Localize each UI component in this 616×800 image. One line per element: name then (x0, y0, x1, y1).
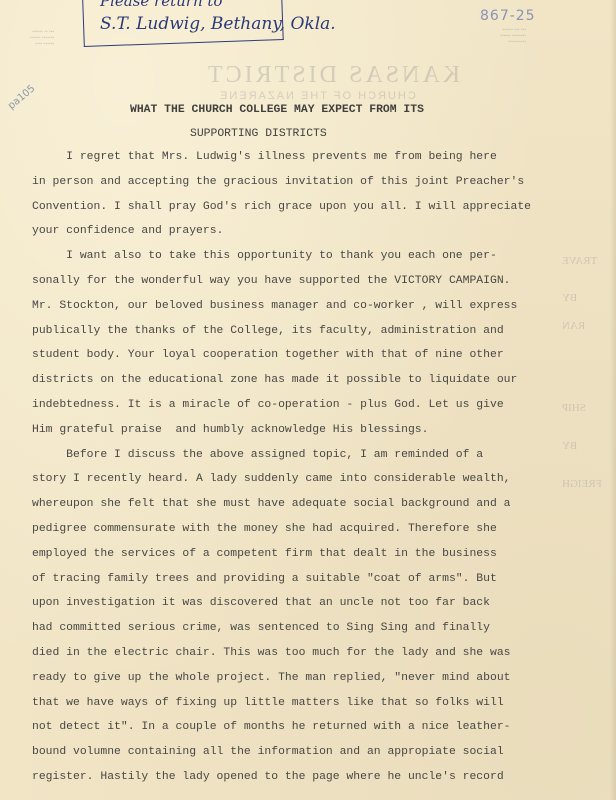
body-line: sonally for the wonderful way you have s… (32, 269, 592, 294)
handwritten-note-line: S.T. Ludwig, Bethany, Okla. (100, 14, 340, 34)
body-line: of tracing family trees and providing a … (32, 567, 592, 592)
body-line: publically the thanks of the College, it… (32, 319, 592, 344)
body-line: indebtedness. It is a miracle of co-oper… (32, 393, 592, 418)
body-line: whereupon she felt that she must have ad… (32, 492, 592, 517)
body-line: your confidence and prayers. (32, 219, 592, 244)
body-line: story I recently heard. A lady suddenly … (32, 467, 592, 492)
page-edge-shadow (610, 0, 616, 800)
letterhead-organization: KANSAS DISTRICT (205, 62, 460, 89)
document-title: WHAT THE CHURCH COLLEGE MAY EXPECT FROM … (130, 104, 424, 116)
body-line: Mr. Stockton, our beloved business manag… (32, 294, 592, 319)
body-line: student body. Your loyal cooperation tog… (32, 343, 592, 368)
body-line: pedigree commensurate with the money she… (32, 517, 592, 542)
body-line: upon investigation it was discovered tha… (32, 591, 592, 616)
letterhead-subtitle: CHURCH OF THE NAZARENE (218, 90, 416, 102)
document-subtitle: SUPPORTING DISTRICTS (190, 128, 327, 140)
body-line: that we have ways of fixing up little ma… (32, 691, 592, 716)
body-line: districts on the educational zone has ma… (32, 368, 592, 393)
body-line: had committed serious crime, was sentenc… (32, 616, 592, 641)
body-line: register. Hastily the lady opened to the… (32, 765, 592, 790)
body-line: Him grateful praise and humbly acknowled… (32, 418, 592, 443)
body-line: Convention. I shall pray God's rich grac… (32, 195, 592, 220)
body-line: in person and accepting the gracious inv… (32, 170, 592, 195)
letterhead-right-address: ▪▪▪ ▪▪▪ ▪▪▪▪▪▪▪▪▪▪▪▪▪▪ ▪▪▪▪▪▪▪▪▪▪▪▪▪▪▪▪ (500, 28, 526, 46)
body-line: I want also to take this opportunity to … (32, 244, 592, 269)
body-line: bound volumne containing all the informa… (32, 740, 592, 765)
body-line: Before I discuss the above assigned topi… (32, 443, 592, 468)
handwritten-note-line: Please return to (100, 0, 340, 10)
body-line: died in the electric chair. This was too… (32, 641, 592, 666)
body-line: employed the services of a competent fir… (32, 542, 592, 567)
body-line: I regret that Mrs. Ludwig's illness prev… (32, 145, 592, 170)
body-line: not detect it". In a couple of months he… (32, 715, 592, 740)
letterhead-left-address: ▪▪▪ ▪▪ ▪▪▪▪▪▪▪▪▪▪▪▪▪ ▪▪▪▪▪▪▪▪▪▪▪▪ ▪▪▪▪ (30, 30, 54, 48)
reference-number: 867-25 (480, 8, 536, 24)
body-line: ready to give up the whole project. The … (32, 666, 592, 691)
document-body: I regret that Mrs. Ludwig's illness prev… (32, 145, 592, 790)
